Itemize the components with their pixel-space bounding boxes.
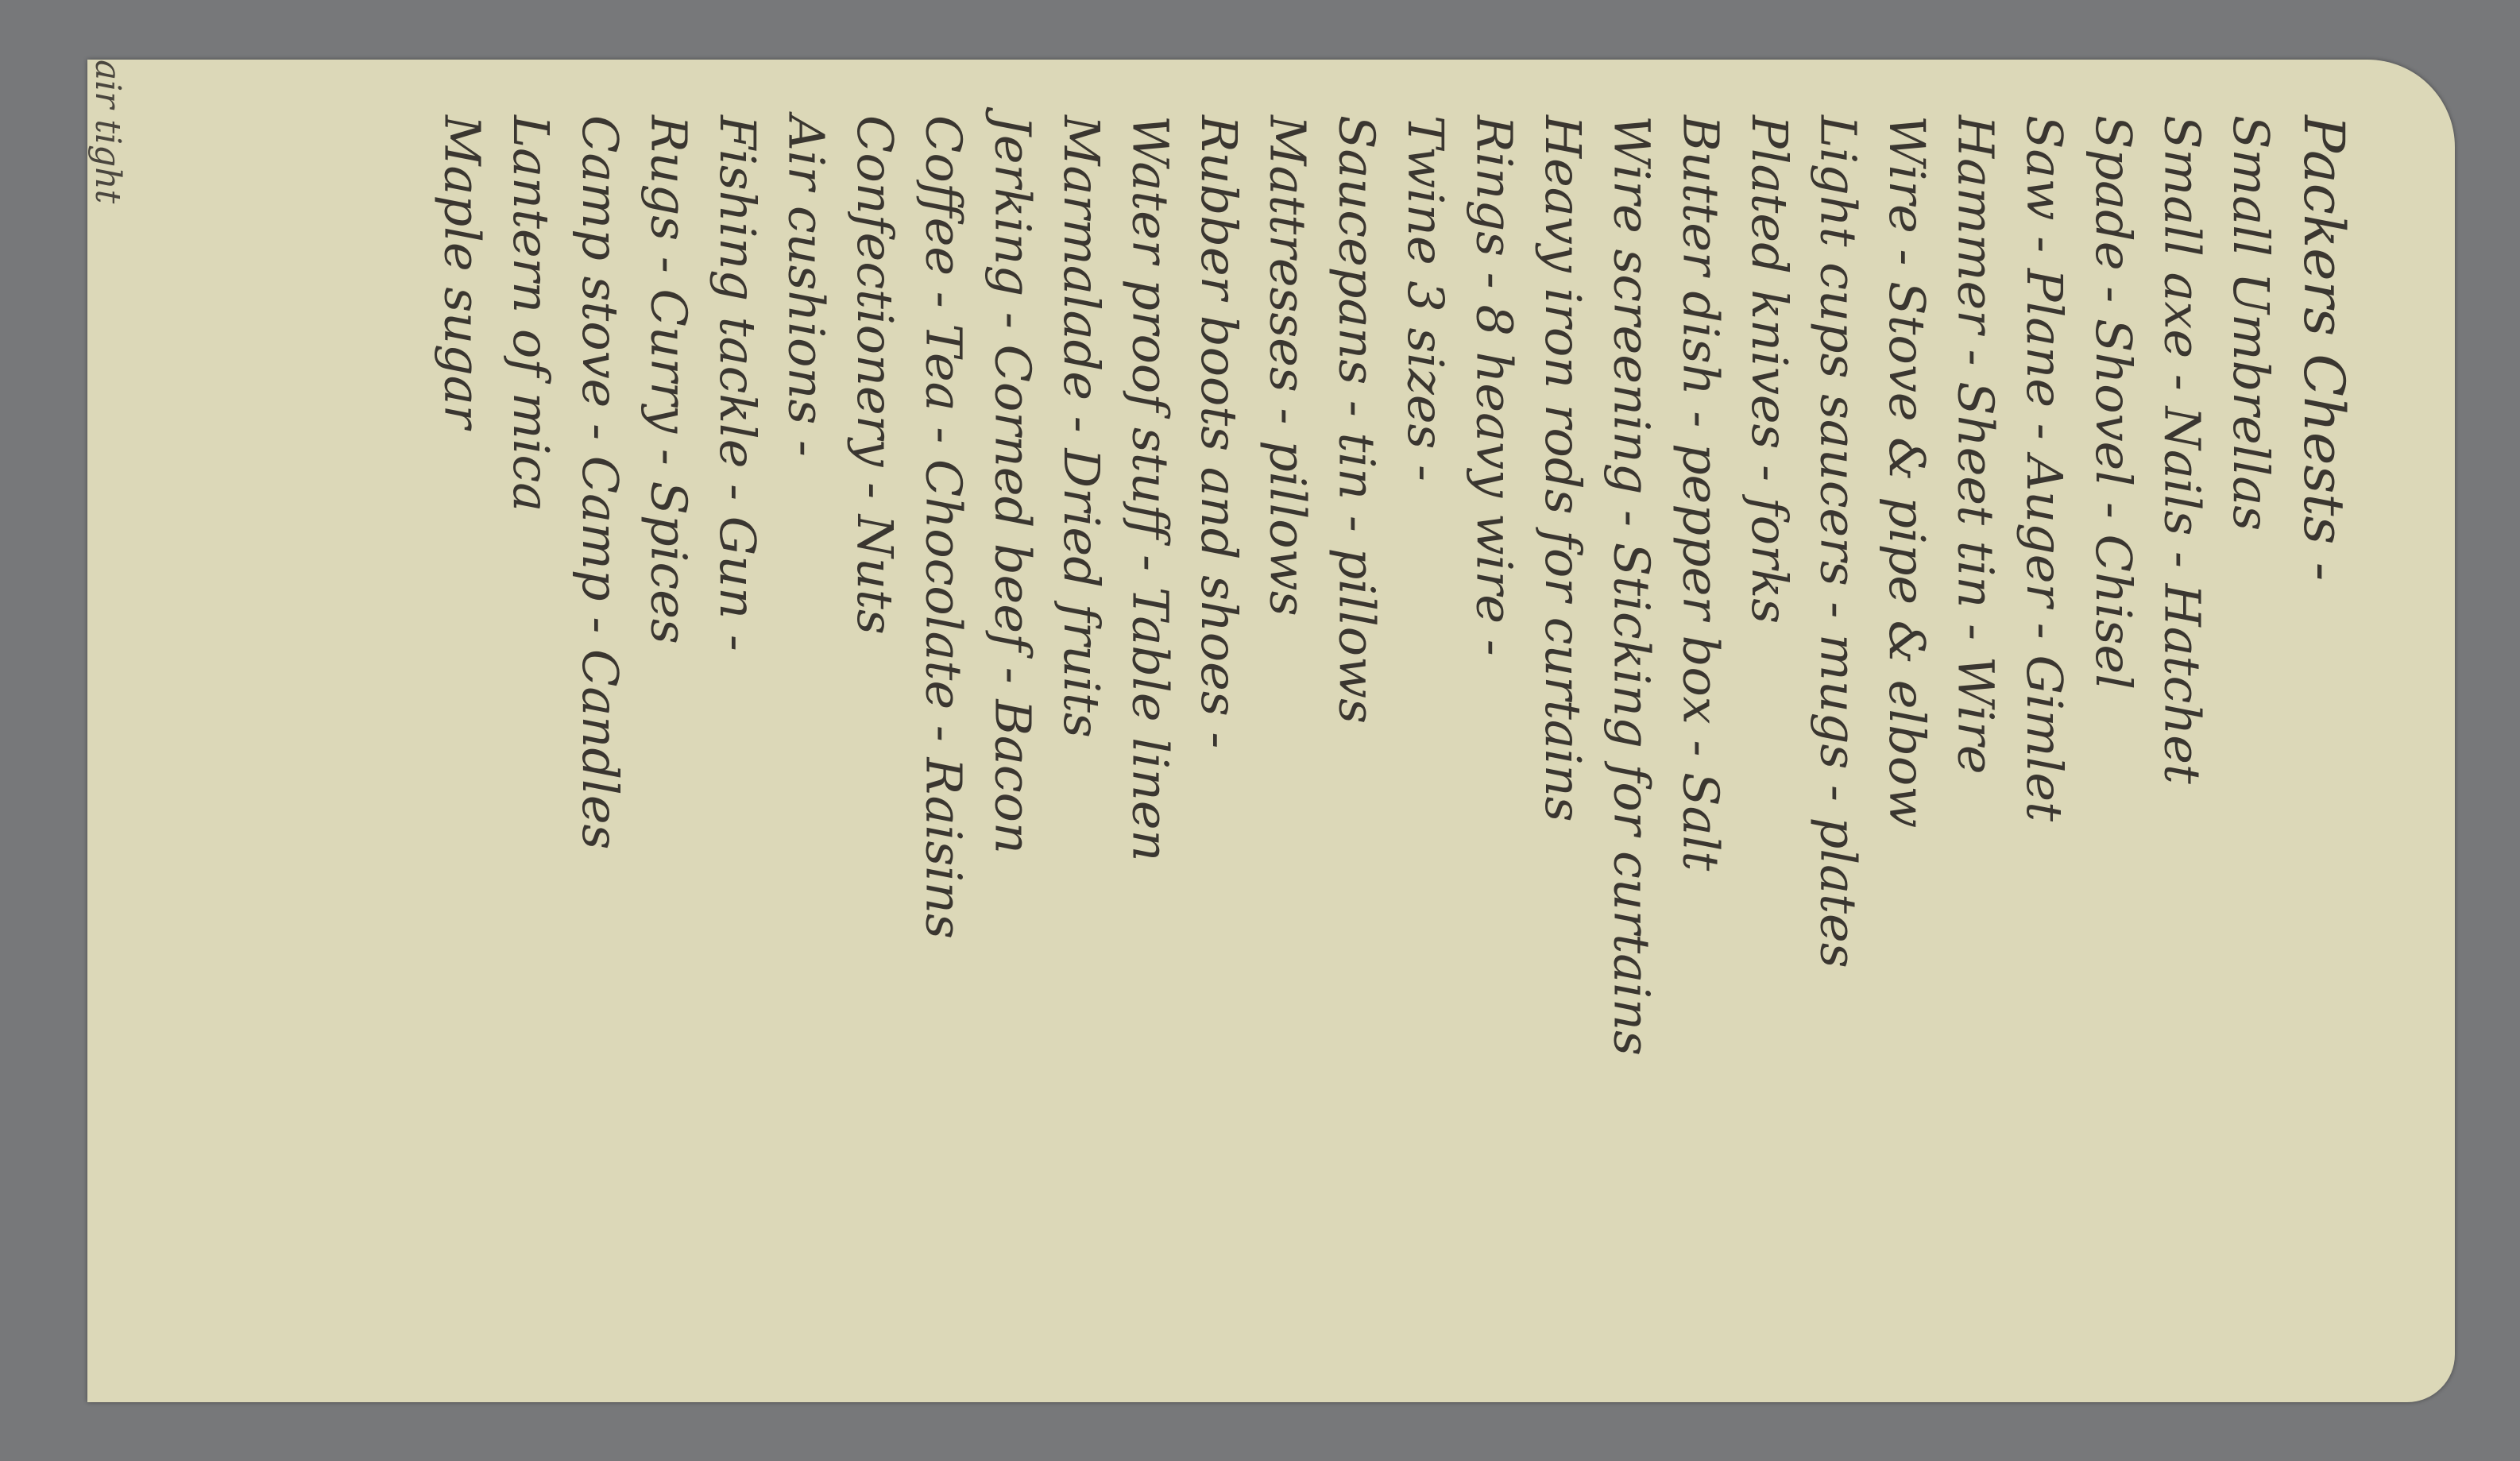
list-line: Rugs - Curry - Spices — [636, 115, 701, 1355]
list-line: Spade - Shovel - Chisel — [2081, 115, 2145, 1355]
margin-note: air tight — [87, 60, 128, 203]
list-line: Jerking - Corned beef - Bacon — [980, 115, 1045, 1355]
list-line: Twine 3 sizes - — [1393, 115, 1457, 1355]
list-line: Saucepans - tin - pillows — [1324, 115, 1389, 1355]
list-line: Rings - 8 heavy wire - — [1462, 115, 1526, 1355]
note-card: air tight Packers Chests - Small Umbrell… — [87, 60, 2455, 1402]
list-line: Mattresses - pillows — [1255, 115, 1320, 1355]
list-title: Packers Chests - — [2287, 115, 2360, 1355]
list-line: Maple sugar — [430, 115, 494, 1355]
list-line: Rubber boots and shoes - — [1187, 115, 1251, 1355]
list-line: Saw - Plane - Auger - Gimlet — [2012, 115, 2077, 1355]
list-line: Hammer - Sheet tin - Wire — [1943, 115, 2008, 1355]
list-line: Water proof stuff - Table linen — [1118, 115, 1182, 1355]
list-line: Plated knives - forks — [1737, 115, 1801, 1355]
list-line: Confectionery - Nuts — [843, 115, 907, 1355]
list-line: Air cushions - — [774, 115, 838, 1355]
list-line: Camp stove - Camp - Candles — [567, 115, 632, 1355]
handwritten-list: Packers Chests - Small Umbrellas Small a… — [430, 115, 2360, 1355]
list-line: Wire screening - Sticking for curtains — [1599, 115, 1664, 1355]
list-line: Heavy iron rods for curtains — [1530, 115, 1594, 1355]
list-line: Small Umbrellas — [2218, 115, 2282, 1355]
list-line: Wire - Stove & pipe & elbow — [1874, 115, 1938, 1355]
list-line: Butter dish - pepper box - Salt — [1668, 115, 1733, 1355]
list-line: Fishing tackle - Gun - — [705, 115, 769, 1355]
list-line: Small axe - Nails - Hatchet — [2150, 115, 2214, 1355]
list-line: Lantern of mica — [499, 115, 563, 1355]
list-line: Marmalade - Dried fruits — [1049, 115, 1113, 1355]
list-line: Coffee - Tea - Chocolate - Raisins — [911, 115, 976, 1355]
list-line: Light cups saucers - mugs - plates — [1806, 115, 1870, 1355]
